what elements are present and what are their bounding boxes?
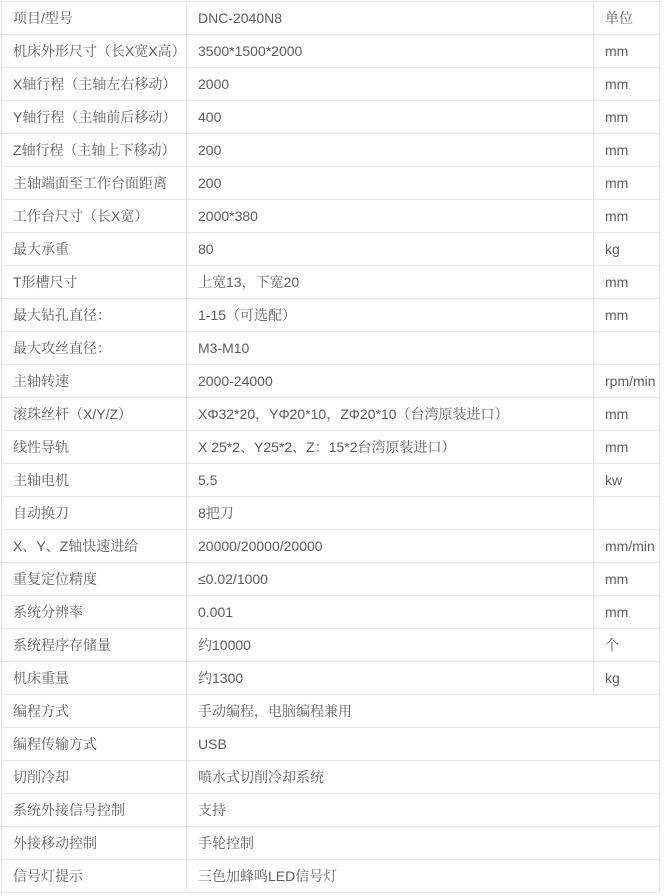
table-row: 机床重量 约1300 kg	[2, 662, 660, 695]
table-row: 最大钻孔直径： 1-15（可选配） mm	[2, 299, 660, 332]
table-row: 系统程序存储量 约10000 个	[2, 629, 660, 662]
spec-label: 机床重量	[2, 662, 187, 695]
spec-unit: mm	[594, 68, 660, 101]
table-row: 系统外接信号控制 支持	[2, 794, 660, 827]
spec-value: 400	[187, 101, 594, 134]
spec-table: 项目/型号 DNC-2040N8 单位 机床外形尺寸（长X宽X高） 3500*1…	[1, 1, 660, 893]
spec-label: 主轴转速	[2, 365, 187, 398]
spec-value: 约1300	[187, 662, 594, 695]
spec-unit: mm	[594, 563, 660, 596]
table-row: 外接移动控制 手轮控制	[2, 827, 660, 860]
spec-value: 200	[187, 134, 594, 167]
spec-unit: mm	[594, 35, 660, 68]
spec-unit: mm	[594, 134, 660, 167]
spec-value: 上宽13，下宽20	[187, 266, 594, 299]
table-row: 自动换刀 8把刀	[2, 497, 660, 530]
spec-value: 200	[187, 167, 594, 200]
spec-label: 系统分辨率	[2, 596, 187, 629]
spec-value: 约10000	[187, 629, 594, 662]
table-row: 编程方式 手动编程，电脑编程兼用	[2, 695, 660, 728]
spec-unit: mm/min	[594, 530, 660, 563]
spec-unit: mm	[594, 167, 660, 200]
table-row: 编程传输方式 USB	[2, 728, 660, 761]
spec-value: 2000*380	[187, 200, 594, 233]
spec-label: 信号灯提示	[2, 860, 187, 893]
spec-label: 滚珠丝杆（X/Y/Z）	[2, 398, 187, 431]
spec-unit: mm	[594, 266, 660, 299]
spec-value: 5.5	[187, 464, 594, 497]
table-row: 主轴端面至工作台面距离 200 mm	[2, 167, 660, 200]
spec-unit: rpm/min	[594, 365, 660, 398]
spec-label: 主轴电机	[2, 464, 187, 497]
table-row: 最大攻丝直径： M3-M10	[2, 332, 660, 365]
spec-label: 外接移动控制	[2, 827, 187, 860]
table-row: 线性导轨 X 25*2、Y25*2、Z：15*2台湾原装进口） mm	[2, 431, 660, 464]
spec-label: 重复定位精度	[2, 563, 187, 596]
spec-value: M3-M10	[187, 332, 594, 365]
spec-unit	[594, 332, 660, 365]
spec-label: 切削冷却	[2, 761, 187, 794]
spec-label: 机床外形尺寸（长X宽X高）	[2, 35, 187, 68]
spec-unit: mm	[594, 101, 660, 134]
table-row: Y轴行程（主轴前后移动） 400 mm	[2, 101, 660, 134]
table-row: 信号灯提示 三色加蜂鸣LED信号灯	[2, 860, 660, 893]
spec-value: ≤0.02/1000	[187, 563, 594, 596]
spec-value: 手动编程，电脑编程兼用	[187, 695, 660, 728]
spec-value: 2000	[187, 68, 594, 101]
table-row: 主轴电机 5.5 kw	[2, 464, 660, 497]
table-row: 主轴转速 2000-24000 rpm/min	[2, 365, 660, 398]
spec-unit: kg	[594, 662, 660, 695]
spec-value: 8把刀	[187, 497, 594, 530]
spec-label: X、Y、Z轴快速进给	[2, 530, 187, 563]
table-row: 最大承重 80 kg	[2, 233, 660, 266]
spec-value: 喷水式切削冷却系统	[187, 761, 660, 794]
spec-value: 3500*1500*2000	[187, 35, 594, 68]
spec-value: 20000/20000/20000	[187, 530, 594, 563]
spec-unit: kw	[594, 464, 660, 497]
table-row: X轴行程（主轴左右移动） 2000 mm	[2, 68, 660, 101]
spec-label: 最大钻孔直径：	[2, 299, 187, 332]
table-row: Z轴行程（主轴上下移动） 200 mm	[2, 134, 660, 167]
table-row: 机床外形尺寸（长X宽X高） 3500*1500*2000 mm	[2, 35, 660, 68]
spec-label: 系统外接信号控制	[2, 794, 187, 827]
spec-unit	[594, 497, 660, 530]
spec-value: 80	[187, 233, 594, 266]
spec-label: 线性导轨	[2, 431, 187, 464]
spec-unit: kg	[594, 233, 660, 266]
spec-value: X 25*2、Y25*2、Z：15*2台湾原装进口）	[187, 431, 594, 464]
spec-label: 系统程序存储量	[2, 629, 187, 662]
table-header-row: 项目/型号 DNC-2040N8 单位	[2, 2, 660, 35]
spec-value: 手轮控制	[187, 827, 660, 860]
table-row: X、Y、Z轴快速进给 20000/20000/20000 mm/min	[2, 530, 660, 563]
spec-label: 编程传输方式	[2, 728, 187, 761]
spec-unit: mm	[594, 200, 660, 233]
table-row: 工作台尺寸（长X宽） 2000*380 mm	[2, 200, 660, 233]
spec-label: 最大承重	[2, 233, 187, 266]
table-row: 切削冷却 喷水式切削冷却系统	[2, 761, 660, 794]
spec-label: 自动换刀	[2, 497, 187, 530]
table-row: 滚珠丝杆（X/Y/Z） XΦ32*20，YΦ20*10，ZΦ20*10（台湾原装…	[2, 398, 660, 431]
spec-label: Z轴行程（主轴上下移动）	[2, 134, 187, 167]
table-row: 系统分辨率 0.001 mm	[2, 596, 660, 629]
spec-unit: mm	[594, 596, 660, 629]
spec-unit: mm	[594, 398, 660, 431]
spec-value: 0.001	[187, 596, 594, 629]
table-row: T形槽尺寸 上宽13，下宽20 mm	[2, 266, 660, 299]
spec-value: 2000-24000	[187, 365, 594, 398]
spec-unit: mm	[594, 431, 660, 464]
table-row: 重复定位精度 ≤0.02/1000 mm	[2, 563, 660, 596]
header-model-value: DNC-2040N8	[187, 2, 594, 35]
spec-unit: 个	[594, 629, 660, 662]
spec-value: 三色加蜂鸣LED信号灯	[187, 860, 660, 893]
spec-value: XΦ32*20，YΦ20*10，ZΦ20*10（台湾原装进口）	[187, 398, 594, 431]
spec-label: 主轴端面至工作台面距离	[2, 167, 187, 200]
spec-label: 工作台尺寸（长X宽）	[2, 200, 187, 233]
spec-label: Y轴行程（主轴前后移动）	[2, 101, 187, 134]
spec-label: X轴行程（主轴左右移动）	[2, 68, 187, 101]
spec-value: USB	[187, 728, 660, 761]
header-unit-label: 单位	[594, 2, 660, 35]
spec-value: 支持	[187, 794, 660, 827]
spec-label: 编程方式	[2, 695, 187, 728]
spec-label: 最大攻丝直径：	[2, 332, 187, 365]
spec-value: 1-15（可选配）	[187, 299, 594, 332]
spec-label: T形槽尺寸	[2, 266, 187, 299]
spec-unit: mm	[594, 299, 660, 332]
header-item-label: 项目/型号	[2, 2, 187, 35]
